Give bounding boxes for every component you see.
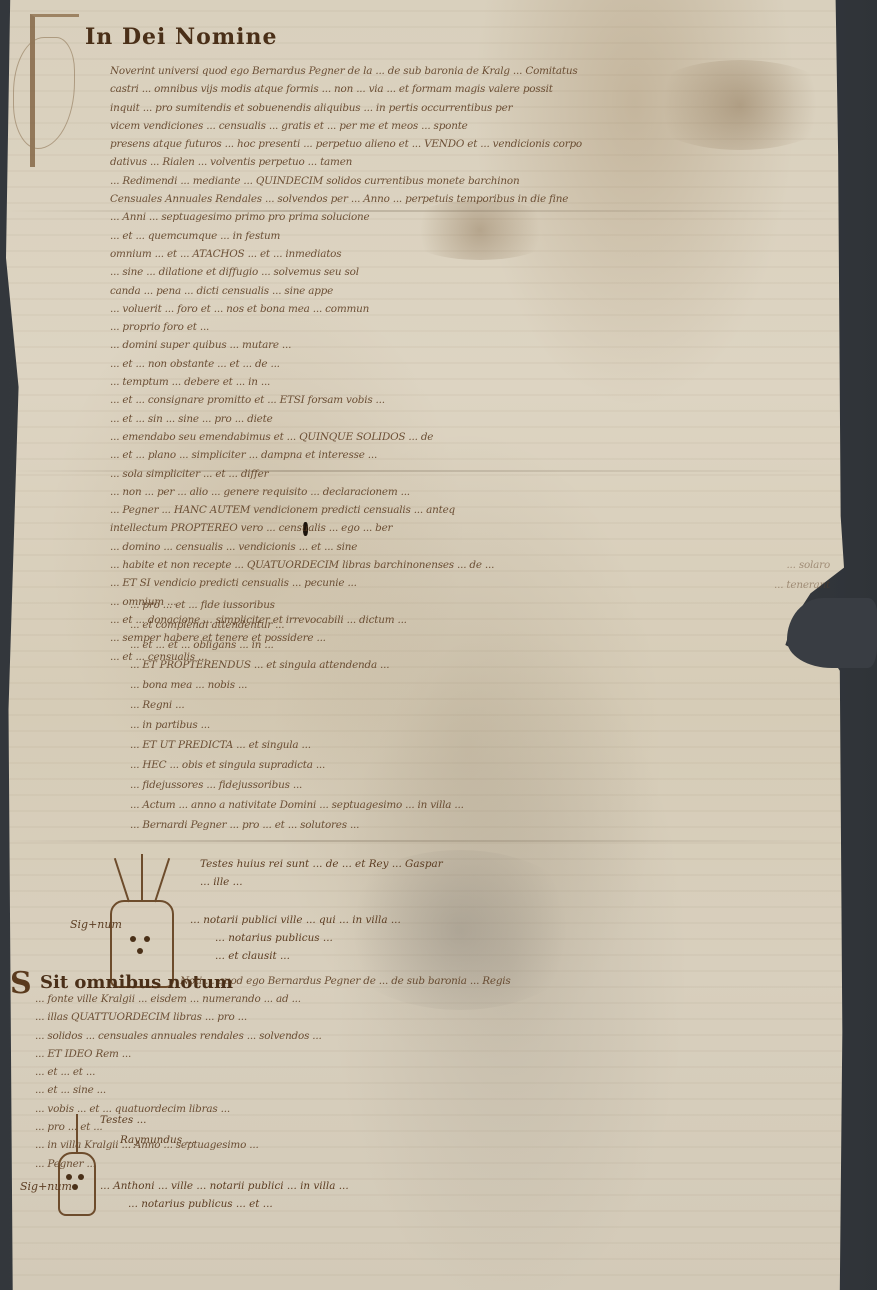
text-line: Censuales Annuales Rendales ... solvendo… — [110, 190, 835, 208]
decorated-initial — [30, 14, 79, 167]
text-line: ... et complendi attendentur ... — [130, 615, 830, 635]
text-line: ... Bernardi Pegner ... pro ... et ... s… — [130, 815, 830, 835]
text-line: omnium ... et ... ATACHOS ... et ... inm… — [110, 245, 835, 263]
text-line: vicem vendiciones ... censualis ... grat… — [110, 117, 835, 135]
text-line: castri ... omnibus vijs modis atque form… — [110, 80, 835, 98]
signum-label: Sig+num — [70, 918, 122, 931]
text-line: presens atque futuros ... hoc presenti .… — [110, 135, 835, 153]
text-line: ... solaro — [130, 555, 830, 575]
text-line: ... et ... et ... obligans ... in ... — [130, 635, 830, 655]
text-line: ... emendabo seu emendabimus et ... QUIN… — [110, 428, 835, 446]
text-line: canda ... pena ... dicti censualis ... s… — [110, 282, 835, 300]
text-line: ... ET IDEO Rem ... — [35, 1045, 835, 1063]
text-line: ... Regni ... — [130, 695, 830, 715]
text-line: dativus ... Rialen ... volventis perpetu… — [110, 153, 835, 171]
text-line: ... Redimendi ... mediante ... QUINDECIM… — [110, 172, 835, 190]
text-line: ... et ... consignare promitto et ... ET… — [110, 391, 835, 409]
text-line: Noti ... quod ego Bernardus Pegner de ..… — [180, 972, 840, 990]
witness-line: Testes huius rei sunt ... de ... et Rey … — [200, 858, 443, 870]
text-line: ... sola simpliciter ... et ... differ — [110, 465, 835, 483]
text-line: ... et ... et ... — [35, 1063, 835, 1081]
text-line: ... vobis ... et ... quatuordecim libras… — [35, 1100, 835, 1118]
incipit-heading: In Dei Nomine — [85, 24, 277, 50]
text-line: ... et ... non obstante ... et ... de ..… — [110, 355, 835, 373]
text-line: ... illas QUATTUORDECIM libras ... pro .… — [35, 1008, 835, 1026]
text-line: ... ET UT PREDICTA ... et singula ... — [130, 735, 830, 755]
signum-label: Sig+num — [20, 1180, 72, 1193]
text-line: ... Anni ... septuagesimo primo pro prim… — [110, 208, 835, 226]
text-line: ... et ... sin ... sine ... pro ... diet… — [110, 410, 835, 428]
witness-line: Raymundus ... — [120, 1134, 195, 1146]
notary-subscription-line: ... et clausit ... — [215, 950, 290, 962]
text-line: Noverint universi quod ego Bernardus Peg… — [110, 62, 835, 80]
text-line: ... non ... per ... alio ... genere requ… — [110, 483, 835, 501]
text-line: ... domini super quibus ... mutare ... — [110, 336, 835, 354]
text-line: ... pro ... et ... fide iussoribus — [130, 595, 830, 615]
text-line: ... et ... quemcumque ... in festum — [110, 227, 835, 245]
notary-subscription-line: ... notarii publici ville ... qui ... in… — [190, 914, 401, 926]
text-line: ... sine ... dilatione et diffugio ... s… — [110, 263, 835, 281]
text-line: ... ET PROPTERENDUS ... et singula atten… — [130, 655, 830, 675]
text-line: ... Pegner ... HANC AUTEM vendicionem pr… — [110, 501, 835, 519]
text-line: ... HEC ... obis et singula supradicta .… — [130, 755, 830, 775]
notary-subscription-line: ... notarius publicus ... et ... — [128, 1198, 273, 1210]
text-line: ... et ... sine ... — [35, 1081, 835, 1099]
section2-first-line: Noti ... quod ego Bernardus Pegner de ..… — [50, 972, 840, 990]
notary-subscription-line: ... notarius publicus ... — [215, 932, 333, 944]
text-line: ... temptum ... debere et ... in ... — [110, 373, 835, 391]
witness-line: Testes ... — [100, 1114, 146, 1126]
text-line: inquit ... pro sumitendis et sobuenendis… — [110, 99, 835, 117]
text-line: ... voluerit ... foro et ... nos et bona… — [110, 300, 835, 318]
middle-faded-text: ... solaro ... tenerant ... pro ... et .… — [130, 555, 830, 835]
text-line: ... proprio foro et ... — [110, 318, 835, 336]
text-line: ... solidos ... censuales annuales renda… — [35, 1027, 835, 1045]
witness-line: ... ille ... — [200, 876, 243, 888]
text-line: ... Pegner ... — [35, 1155, 835, 1173]
text-line: ... fonte ville Kralgii ... eisdem ... n… — [35, 990, 835, 1008]
text-line: ... tenerant — [130, 575, 830, 595]
fold-line — [6, 840, 844, 842]
text-line: ... in partibus ... — [130, 715, 830, 735]
text-line: ... et ... plano ... simpliciter ... dam… — [110, 446, 835, 464]
text-line: ... bona mea ... nobis ... — [130, 675, 830, 695]
text-line: ... domino ... censualis ... vendicionis… — [110, 538, 835, 556]
second-initial: S — [10, 966, 32, 1001]
text-line: ... fidejussores ... fidejussoribus ... — [130, 775, 830, 795]
text-line: ... Actum ... anno a nativitate Domini .… — [130, 795, 830, 815]
notary-subscription-line: ... Anthoni ... ville ... notarii public… — [100, 1180, 349, 1192]
text-line: intellectum PROPTEREO vero ... censualis… — [110, 519, 835, 537]
